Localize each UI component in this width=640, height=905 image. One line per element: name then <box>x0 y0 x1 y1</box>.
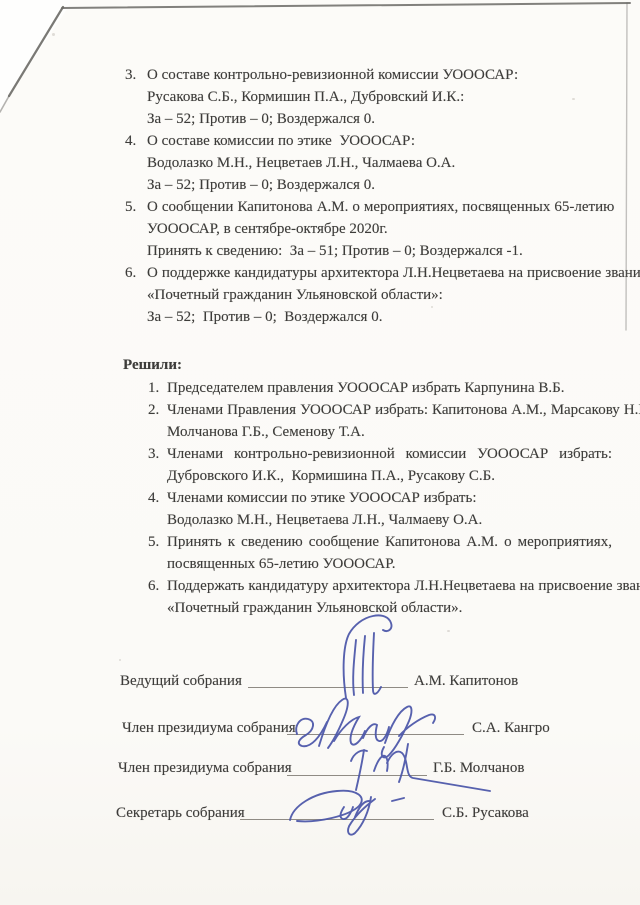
text-line: ПоддержатькандидатуруархитектораЛ.Н.Нецв… <box>167 575 612 597</box>
scan-speck <box>431 306 433 308</box>
agenda-item: 3.О составе контрольно-ревизионной комис… <box>125 64 612 130</box>
agenda-item: 5.ОсообщенииКапитоноваА.М.омероприятиях,… <box>125 196 612 262</box>
scan-speck <box>52 33 55 36</box>
scan-edge-top <box>62 3 630 8</box>
scan-speck <box>119 659 121 661</box>
signature-ink-kapitonov <box>344 615 392 698</box>
item-number: 3. <box>125 64 147 86</box>
resolved-item: 1.Председателем правления УОООСАР избрат… <box>148 377 612 399</box>
item-number: 4. <box>148 487 167 509</box>
resolved-item: 2.ЧленамиПравленияУОООСАРизбрать:Капитон… <box>148 399 612 443</box>
signature-person-name: С.Б. Русакова <box>442 803 529 823</box>
resolved-item: 5.ПринятьксведениюсообщениеКапитоноваА.М… <box>148 531 612 575</box>
text-line: Молчанова Г.Б., Семенову Т.А. <box>167 421 612 443</box>
text-line: О составе комиссии по этике УОООСАР: <box>147 130 612 152</box>
text-line: За – 52; Против – 0; Воздержался 0. <box>147 108 612 130</box>
resolved-item: 4.Членами комиссии по этике УОООСАР избр… <box>148 487 612 531</box>
text-line: Председателем правления УОООСАР избрать … <box>167 377 612 399</box>
scanned-document-page: 3.О составе контрольно-ревизионной комис… <box>0 0 640 905</box>
agenda-items-list: 3.О составе контрольно-ревизионной комис… <box>125 64 612 328</box>
signature-role-label: Член президиума собрания <box>122 718 296 738</box>
resolved-item: 3.Членамиконтрольно-ревизионнойкомиссииУ… <box>148 443 612 487</box>
text-line: Членамиконтрольно-ревизионнойкомиссииУОО… <box>167 443 612 465</box>
signature-person-name: С.А. Кангро <box>472 718 550 738</box>
signature-person-name: Г.Б. Молчанов <box>433 758 524 778</box>
signature-rule-line <box>287 775 427 776</box>
text-line: УОООСАР, в сентябре-октябре 2020г. <box>147 218 612 240</box>
item-lines: Председателем правления УОООСАР избрать … <box>167 377 612 399</box>
text-line: Дубровского И.К., Кормишина П.А., Русако… <box>167 465 612 487</box>
signature-ink-rusakova <box>290 791 404 835</box>
text-line: посвященных 65-летию УОООСАР. <box>167 553 612 575</box>
text-line: Принять к сведению: За – 51; Против – 0;… <box>147 240 612 262</box>
item-lines: О составе контрольно-ревизионной комисси… <box>147 64 612 130</box>
text-line: ПринятьксведениюсообщениеКапитоноваА.М.о… <box>167 531 612 553</box>
item-lines: ПринятьксведениюсообщениеКапитоноваА.М.о… <box>167 531 612 575</box>
text-line: За – 52; Против – 0; Воздержался 0. <box>147 306 612 328</box>
item-number: 1. <box>148 377 167 399</box>
scan-speck <box>572 98 575 100</box>
text-line: «Почетный гражданин Ульяновской области»… <box>147 284 612 306</box>
signature-rule-line <box>240 819 434 820</box>
agenda-item: 4.О составе комиссии по этике УОООСАР:Во… <box>125 130 612 196</box>
text-line: О составе контрольно-ревизионной комисси… <box>147 64 612 86</box>
resolved-items-list: 1.Председателем правления УОООСАР избрат… <box>148 377 612 619</box>
item-lines: ОподдержкекандидатурыархитектораЛ.Н.Нецв… <box>147 262 612 328</box>
resolved-item: 6.ПоддержатькандидатуруархитектораЛ.Н.Не… <box>148 575 612 619</box>
item-lines: Членами комиссии по этике УОООСАР избрат… <box>167 487 612 531</box>
text-line: Водолазко М.Н., Нецветаев Л.Н., Чалмаева… <box>147 152 612 174</box>
item-lines: О составе комиссии по этике УОООСАР:Водо… <box>147 130 612 196</box>
text-line: ОсообщенииКапитоноваА.М.омероприятиях,по… <box>147 196 612 218</box>
item-lines: Членамиконтрольно-ревизионнойкомиссииУОО… <box>167 443 612 487</box>
item-number: 4. <box>125 130 147 152</box>
item-lines: ОсообщенииКапитоноваА.М.омероприятиях,по… <box>147 196 612 262</box>
text-line: За – 52; Против – 0; Воздержался 0. <box>147 174 612 196</box>
item-lines: ЧленамиПравленияУОООСАРизбрать:Капитонов… <box>167 399 612 443</box>
item-number: 6. <box>125 262 147 284</box>
item-number: 6. <box>148 575 167 597</box>
signature-role-label: Член президиума собрания <box>118 758 292 778</box>
text-line: Водолазко М.Н., Нецветаева Л.Н., Чалмаев… <box>167 509 612 531</box>
signature-ink-kangro <box>296 699 435 758</box>
text-line: «Почетный гражданин Ульяновской области»… <box>167 597 612 619</box>
signature-person-name: А.М. Капитонов <box>414 671 518 691</box>
item-number: 3. <box>148 443 167 465</box>
item-number: 5. <box>125 196 147 218</box>
scan-speck <box>447 630 450 632</box>
signature-rule-line <box>248 687 408 688</box>
text-line: ОподдержкекандидатурыархитектораЛ.Н.Нецв… <box>147 262 612 284</box>
folded-corner-highlight <box>0 0 70 115</box>
text-line: Членами комиссии по этике УОООСАР избрат… <box>167 487 612 509</box>
signature-rule-line <box>287 734 464 735</box>
agenda-item: 6.ОподдержкекандидатурыархитектораЛ.Н.Не… <box>125 262 612 328</box>
text-line: Русакова С.Б., Кормишин П.А., Дубровский… <box>147 86 612 108</box>
signature-role-label: Секретарь собрания <box>116 803 245 823</box>
item-lines: ПоддержатькандидатуруархитектораЛ.Н.Нецв… <box>167 575 612 619</box>
resolved-heading: Решили: <box>123 354 182 376</box>
signature-role-label: Ведущий собрания <box>120 671 242 691</box>
text-line: ЧленамиПравленияУОООСАРизбрать:Капитонов… <box>167 399 612 421</box>
item-number: 5. <box>148 531 167 553</box>
item-number: 2. <box>148 399 167 421</box>
